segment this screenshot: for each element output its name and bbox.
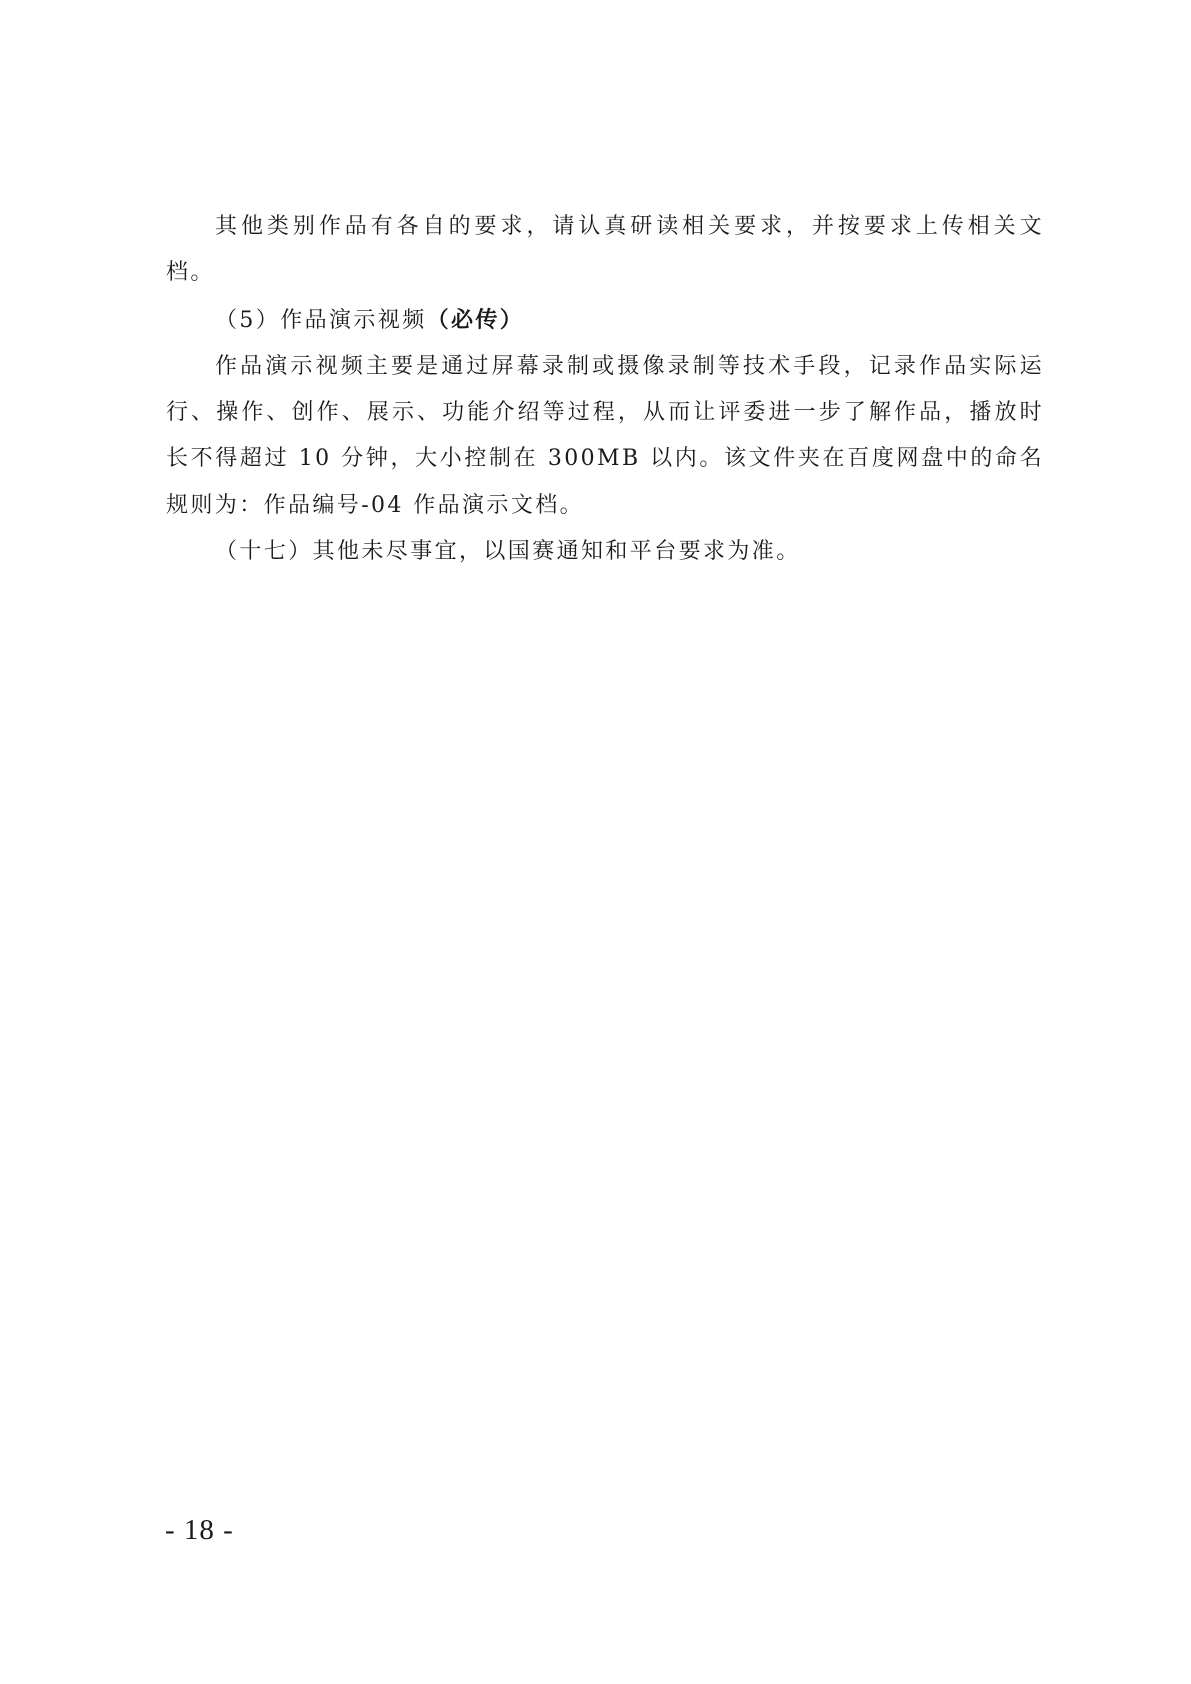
body-text: 其他类别作品有各自的要求，请认真研读相关要求，并按要求上传相关文档。 （5）作品… xyxy=(166,204,1044,575)
heading-demo-video: （5）作品演示视频（必传） xyxy=(166,297,1044,344)
paragraph-other-categories: 其他类别作品有各自的要求，请认真研读相关要求，并按要求上传相关文档。 xyxy=(166,204,1044,297)
required-mark: （必传） xyxy=(427,307,525,333)
document-page: 其他类别作品有各自的要求，请认真研读相关要求，并按要求上传相关文档。 （5）作品… xyxy=(0,0,1191,1684)
paragraph-demo-video-description: 作品演示视频主要是通过屏幕录制或摄像录制等技术手段，记录作品实际运行、操作、创作… xyxy=(166,344,1044,529)
heading-demo-video-label: （5）作品演示视频 xyxy=(215,308,427,333)
page-number: - 18 - xyxy=(165,1514,234,1547)
paragraph-other-matters: （十七）其他未尽事宜，以国赛通知和平台要求为准。 xyxy=(166,529,1044,575)
